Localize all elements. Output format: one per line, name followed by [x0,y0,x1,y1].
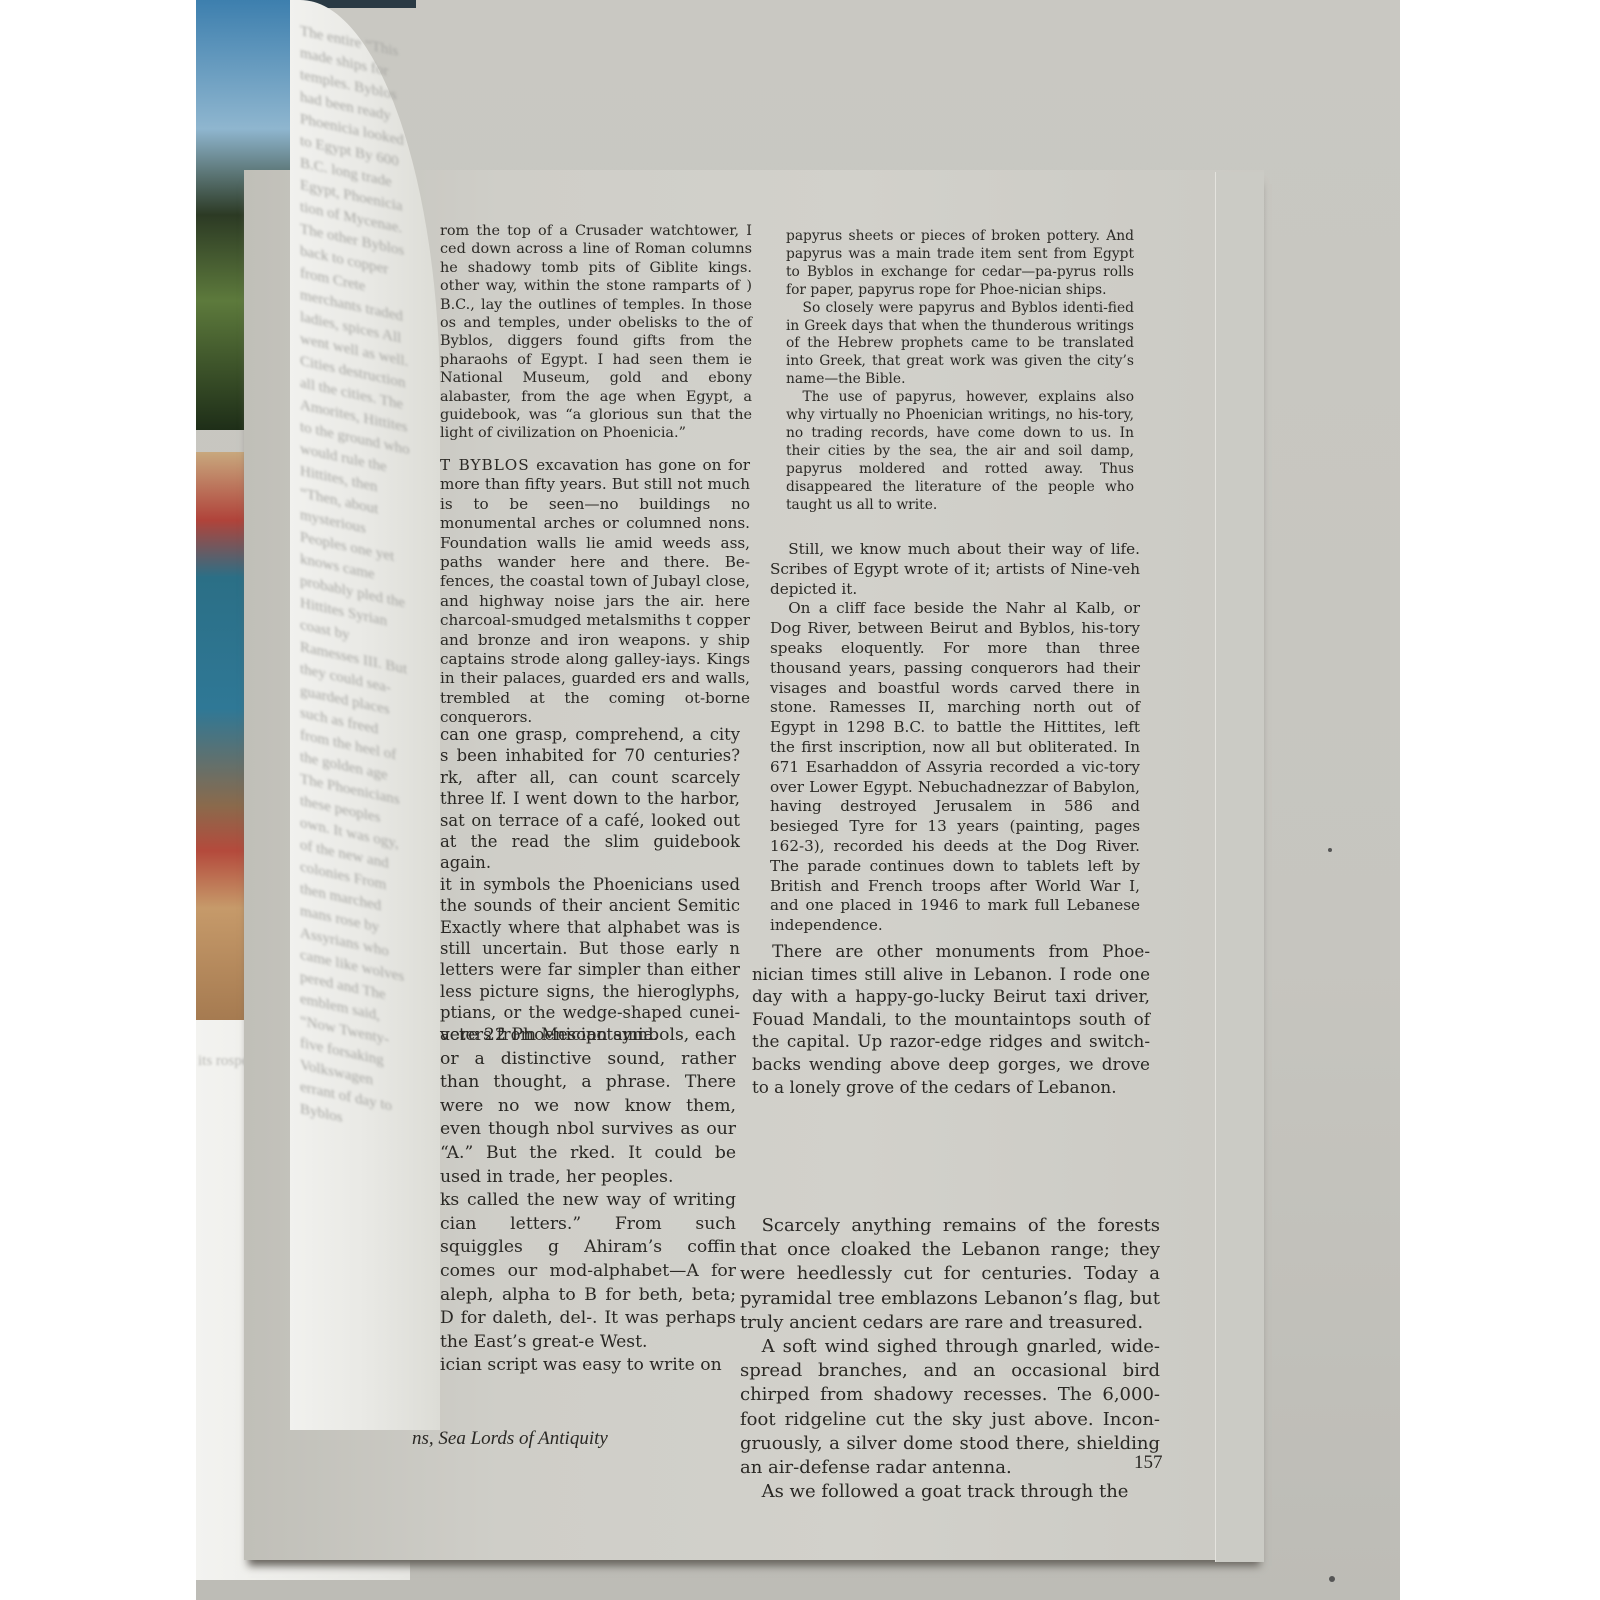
left-column-top: rom the top of a Crusader watchtower, I … [440,222,752,443]
paragraph: There are other monuments from Phoe-nici… [752,940,1150,1098]
dust-speck [1328,848,1332,852]
page-stack-edge [1215,172,1264,1562]
paragraph: On a cliff face beside the Nahr al Kalb,… [770,599,1140,936]
right-column-middle: Still, we know much about their way of l… [770,540,1140,936]
right-column-top: papyrus sheets or pieces of broken potte… [786,228,1134,515]
paragraph: So closely were papyrus and Byblos ident… [786,300,1134,390]
paragraph: papyrus sheets or pieces of broken potte… [786,228,1134,300]
right-column-bottom: Scarcely anything remains of the forests… [740,1214,1160,1504]
right-column-lower: There are other monuments from Phoe-nici… [752,940,1150,1098]
paragraph: As we followed a goat track through the [740,1480,1160,1504]
paragraph: A soft wind sighed through gnarled, wide… [740,1335,1160,1480]
paragraph: The use of papyrus, however, explains al… [786,389,1134,514]
page-number: 157 [1134,1452,1163,1474]
left-column-lower: can one grasp, comprehend, a city s been… [440,724,740,1045]
paragraph: it in symbols the Phoenicians used the s… [440,874,740,1045]
paragraph: ician script was easy to write on [440,1354,736,1378]
paragraph: Scarcely anything remains of the forests… [740,1214,1160,1335]
curled-page-text: The entire “This made ships for temples.… [300,20,410,1443]
running-title: ns, Sea Lords of Antiquity [412,1428,608,1450]
dust-speck [1329,1576,1335,1582]
paragraph: vere 22 Phoenician symbols, each or a di… [440,1024,736,1189]
paragraph: Still, we know much about their way of l… [770,540,1140,599]
section-lead: T BYBLOS [440,456,530,474]
paragraph: rom the top of a Crusader watchtower, I … [440,222,752,443]
paragraph: ks called the new way of writing cian le… [440,1189,736,1354]
paragraph: can one grasp, comprehend, a city s been… [440,724,740,874]
paragraph: T BYBLOS excavation has gone on for more… [440,456,750,728]
left-column-bottom: vere 22 Phoenician symbols, each or a di… [440,1024,736,1378]
left-column-middle: T BYBLOS excavation has gone on for more… [440,456,750,728]
